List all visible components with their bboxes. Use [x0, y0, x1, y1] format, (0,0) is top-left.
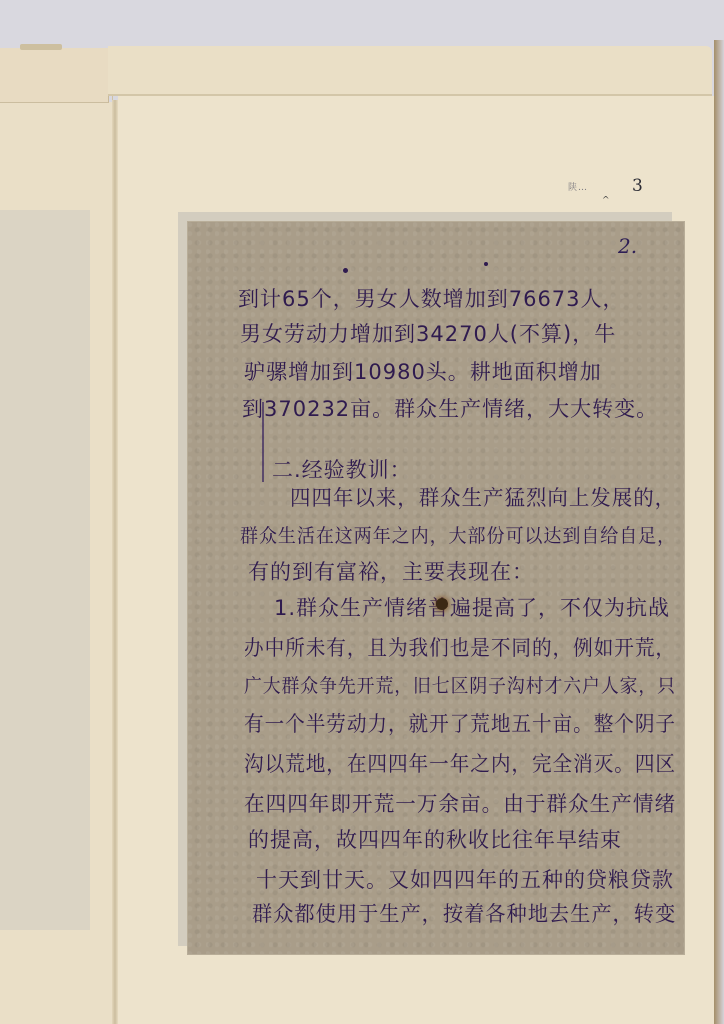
- text-line: 有的到有富裕，主要表现在：: [248, 558, 534, 586]
- ink-dot: [343, 268, 348, 273]
- archive-stamp: 陕…: [568, 180, 588, 193]
- text-line: 有一个半劳动力，就开了荒地五十亩。整个阴子: [244, 710, 676, 738]
- text-line: 群众生活在这两年之内，大部份可以达到自给自足，: [240, 522, 676, 550]
- left-folder-tab: [0, 48, 109, 103]
- top-folder-strip: [108, 46, 712, 96]
- text-line: 广大群众争先开荒，旧七区阴子沟村才六户人家，只: [244, 672, 676, 700]
- page-edge-shadow: [714, 40, 724, 1024]
- section-heading: 二.经验教训：: [272, 456, 412, 484]
- ink-dot: [484, 262, 488, 266]
- text-line: 的提高，故四四年的秋收比往年早结束: [248, 826, 622, 854]
- text-line: 男女劳动力增加到34270人(不算)，牛: [240, 320, 616, 348]
- text-line: 沟以荒地，在四四年一年之内，完全消灭。四区: [244, 750, 676, 778]
- text-line: 驴骡增加到10980头。耕地面积增加: [244, 358, 602, 386]
- left-folded-leaf: [0, 48, 113, 1024]
- text-line: 办中所未有，且为我们也是不同的，例如开荒，: [244, 634, 676, 662]
- text-line: 四四年以来，群众生产猛烈向上发展的，: [290, 484, 676, 512]
- text-line: 1.群众生产情绪普遍提高了，不仅为抗战: [274, 594, 670, 622]
- sheet-page-number: 2.: [618, 234, 637, 258]
- text-line: 在四四年即开荒一万余亩。由于群众生产情绪: [244, 790, 676, 818]
- archive-stamp-mark: ^: [602, 196, 610, 206]
- text-line: 到计65个，男女人数增加到76673人，: [238, 285, 625, 313]
- ink-stain: [436, 598, 448, 610]
- text-line: 到370232亩。群众生产情绪，大大转变。: [242, 395, 658, 423]
- text-line: 群众都使用于生产，按着各种地去生产，转变: [252, 900, 676, 928]
- folio-number: 3: [632, 176, 643, 196]
- text-line: 十天到廿天。又如四四年的五种的贷粮贷款: [256, 866, 674, 894]
